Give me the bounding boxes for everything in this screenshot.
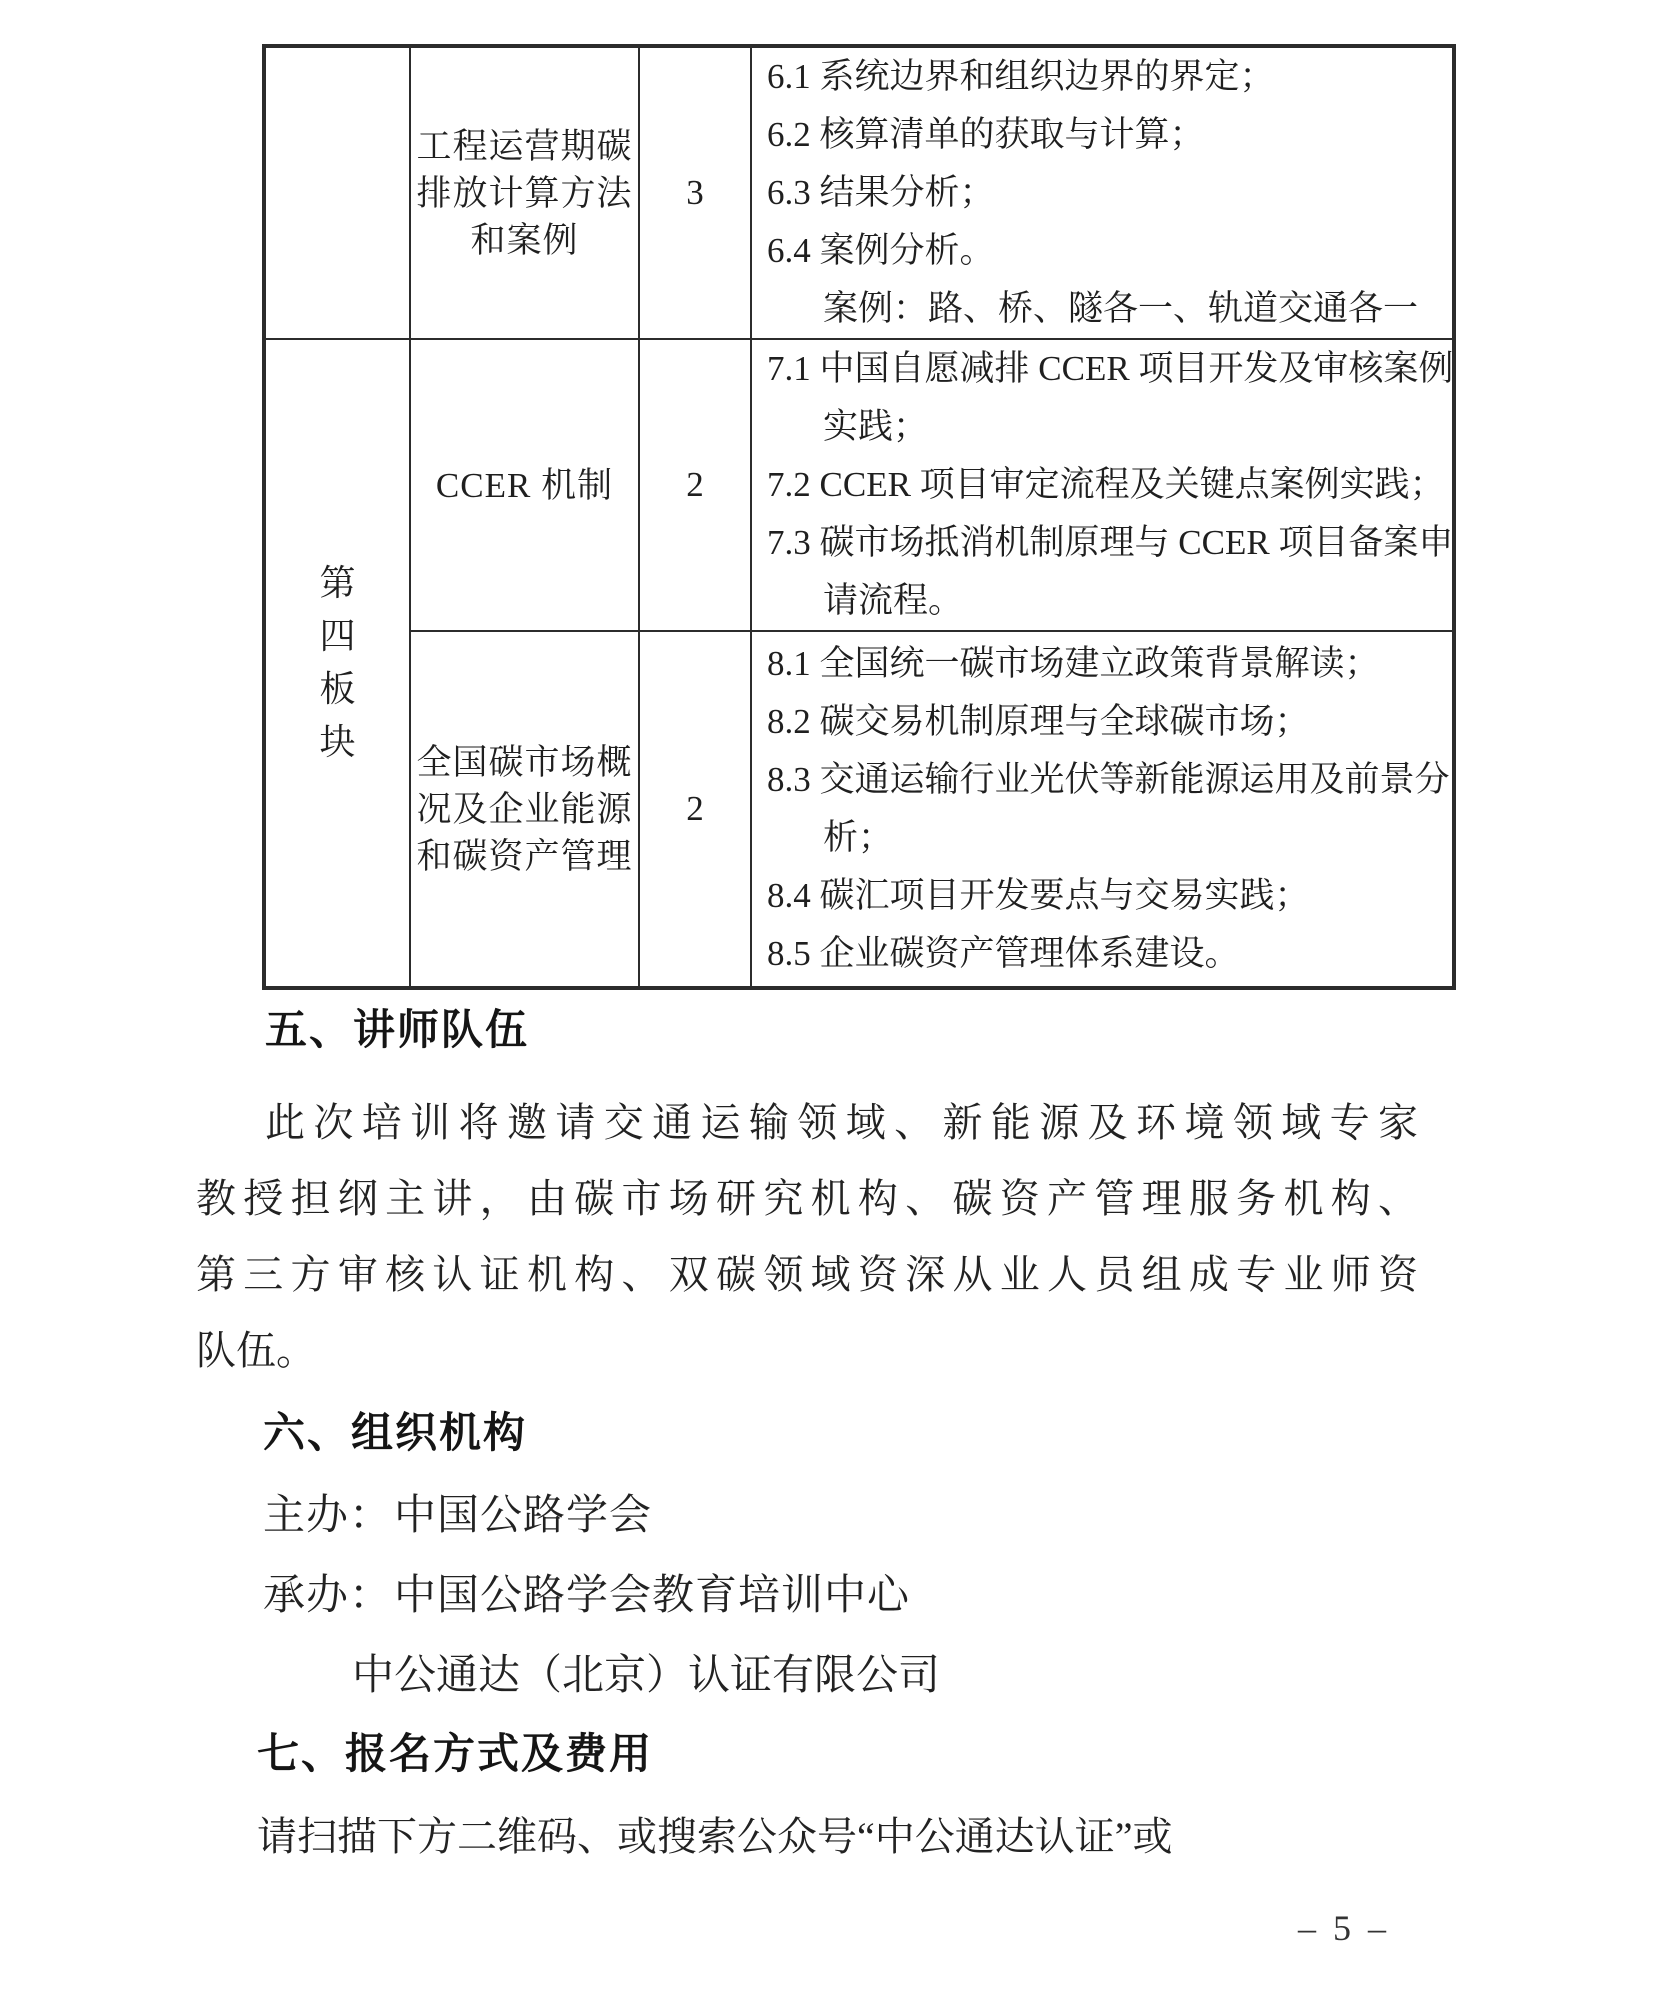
document-page: 工程运营期碳 排放计算方法 和案例 3 6.1 系统边界和组织边界的界定； 6.… <box>0 0 1653 2012</box>
organizer-line-2: 中公通达（北京）认证有限公司 <box>352 1648 940 1704</box>
module-line: CCER 机制 <box>411 462 638 509</box>
content-line: 8.3 交通运输行业光伏等新能源运用及前景分 <box>752 751 1452 809</box>
paragraph-line: 此次培训将邀请交通运输领域、新能源及环境领域专家 <box>196 1085 1418 1161</box>
hours-cell: 2 <box>639 339 751 631</box>
hours-cell: 2 <box>639 631 751 988</box>
content-cell: 7.1 中国自愿减排 CCER 项目开发及审核案例 实践； 7.2 CCER 项… <box>751 339 1454 631</box>
content-cell: 6.1 系统边界和组织边界的界定； 6.2 核算清单的获取与计算； 6.3 结果… <box>751 46 1454 339</box>
module-line: 和案例 <box>411 217 638 264</box>
paragraph-line: 第三方审核认证机构、双碳领域资深从业人员组成专业师资 <box>196 1237 1418 1313</box>
section-heading-lecturers: 五、讲师队伍 <box>265 1008 529 1052</box>
block-cell-empty <box>264 46 410 339</box>
curriculum-table: 工程运营期碳 排放计算方法 和案例 3 6.1 系统边界和组织边界的界定； 6.… <box>262 44 1456 990</box>
module-line: 工程运营期碳 <box>411 123 638 170</box>
module-cell: CCER 机制 <box>410 339 639 631</box>
host-label: 主办： <box>263 1493 392 1539</box>
host-line: 主办：中国公路学会 <box>263 1488 652 1544</box>
content-line: 7.2 CCER 项目审定流程及关键点案例实践； <box>752 456 1452 514</box>
content-line: 8.4 碳汇项目开发要点与交易实践； <box>752 867 1452 925</box>
paragraph-line: 队伍。 <box>196 1313 1418 1389</box>
content-line: 实践； <box>752 398 1452 456</box>
module-line: 全国碳市场概 <box>411 739 638 786</box>
lecturers-paragraph: 此次培训将邀请交通运输领域、新能源及环境领域专家 教授担纲主讲，由碳市场研究机构… <box>196 1085 1418 1389</box>
table-row-national-market: 全国碳市场概 况及企业能源 和碳资产管理 2 8.1 全国统一碳市场建立政策背景… <box>264 631 1454 988</box>
module-line: 况及企业能源 <box>411 786 638 833</box>
organizer-line-1: 承办：中国公路学会教育培训中心 <box>263 1568 910 1624</box>
content-line: 6.2 核算清单的获取与计算； <box>752 106 1452 164</box>
module-line: 和碳资产管理 <box>411 833 638 880</box>
content-line: 8.1 全国统一碳市场建立政策背景解读； <box>752 635 1452 693</box>
content-line: 6.3 结果分析； <box>752 164 1452 222</box>
content-line: 析； <box>752 809 1452 867</box>
content-line: 7.1 中国自愿减排 CCER 项目开发及审核案例 <box>752 340 1452 398</box>
host-value: 中国公路学会 <box>394 1493 652 1539</box>
content-line: 6.1 系统边界和组织边界的界定； <box>752 48 1452 106</box>
page-number: – 5 – <box>1298 1908 1390 1948</box>
section-heading-registration: 七、报名方式及费用 <box>257 1732 653 1776</box>
registration-line: 请扫描下方二维码、或搜索公众号“中公通达认证”或 <box>257 1812 1173 1862</box>
content-line: 案例：路、桥、隧各一、轨道交通各一 <box>752 280 1452 338</box>
content-cell: 8.1 全国统一碳市场建立政策背景解读； 8.2 碳交易机制原理与全球碳市场； … <box>751 631 1454 988</box>
table-row-ccer: 第四板块 CCER 机制 2 7.1 中国自愿减排 CCER 项目开发及审核案例… <box>264 339 1454 631</box>
content-line: 8.2 碳交易机制原理与全球碳市场； <box>752 693 1452 751</box>
hours-cell: 3 <box>639 46 751 339</box>
paragraph-line: 教授担纲主讲，由碳市场研究机构、碳资产管理服务机构、 <box>196 1161 1418 1237</box>
section-heading-organization: 六、组织机构 <box>263 1411 527 1455</box>
module-cell: 工程运营期碳 排放计算方法 和案例 <box>410 46 639 339</box>
table-row-operation-carbon: 工程运营期碳 排放计算方法 和案例 3 6.1 系统边界和组织边界的界定； 6.… <box>264 46 1454 339</box>
block-cell-section-four: 第四板块 <box>264 339 410 988</box>
content-line: 7.3 碳市场抵消机制原理与 CCER 项目备案申 <box>752 514 1452 572</box>
module-cell: 全国碳市场概 况及企业能源 和碳资产管理 <box>410 631 639 988</box>
content-line: 8.5 企业碳资产管理体系建设。 <box>752 925 1452 983</box>
module-line: 排放计算方法 <box>411 170 638 217</box>
content-line: 6.4 案例分析。 <box>752 222 1452 280</box>
organizer-value-1: 中国公路学会教育培训中心 <box>394 1573 910 1619</box>
organizer-label: 承办： <box>263 1573 392 1619</box>
block-label: 第四板块 <box>318 557 358 769</box>
content-line: 请流程。 <box>752 572 1452 630</box>
